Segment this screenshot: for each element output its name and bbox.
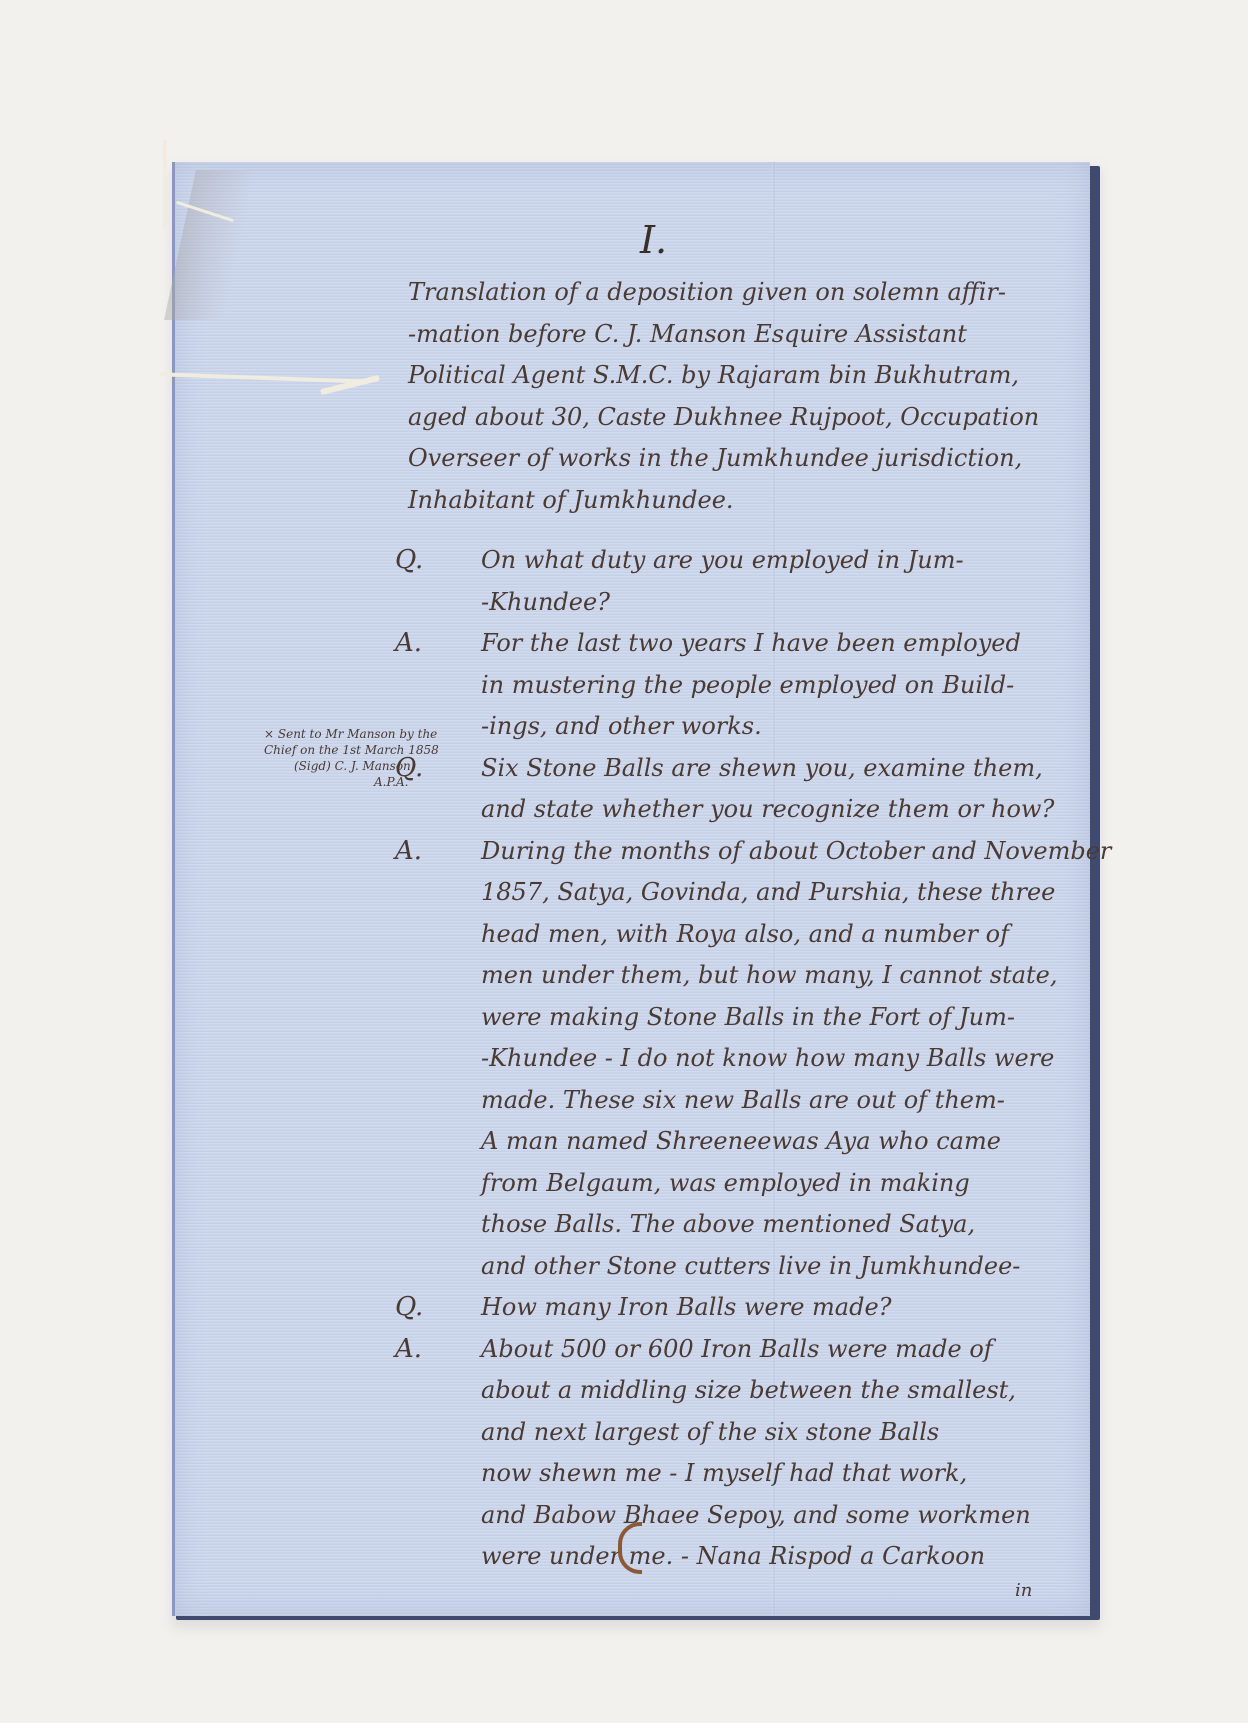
question-text: Six Stone Balls are shewn you, examine t… xyxy=(481,748,1054,831)
text-line: and Babow Bhaee Sepoy, and some workmen xyxy=(481,1495,1031,1537)
question-1: Q. On what duty are you employed in Jum-… xyxy=(395,540,1095,623)
intro-line: Overseer of works in the Jumkhundee juri… xyxy=(408,438,1088,480)
intro-line: -mation before C. J. Manson Esquire Assi… xyxy=(408,314,1088,356)
text-line: men under them, but how many, I cannot s… xyxy=(481,955,1111,997)
intro-line: aged about 30, Caste Dukhnee Rujpoot, Oc… xyxy=(408,397,1088,439)
page-stain xyxy=(164,170,256,320)
margin-note-line: A.P.A. xyxy=(264,774,474,790)
text-line: -Khundee - I do not know how many Balls … xyxy=(481,1038,1111,1080)
spine-edge xyxy=(172,162,175,1616)
answer-text: About 500 or 600 Iron Balls were made of… xyxy=(481,1329,1031,1578)
answer-text: For the last two years I have been emplo… xyxy=(481,623,1021,748)
binding-thread-top xyxy=(163,140,167,230)
text-line: head men, with Roya also, and a number o… xyxy=(481,914,1111,956)
answer-1: A. For the last two years I have been em… xyxy=(395,623,1095,748)
question-text: How many Iron Balls were made? xyxy=(481,1287,892,1329)
text-line: -ings, and other works. xyxy=(481,706,1021,748)
deposition-intro: Translation of a deposition given on sol… xyxy=(408,272,1088,521)
margin-note-line: Chief on the 1st March 1858 xyxy=(264,742,474,758)
intro-line: Inhabitant of Jumkhundee. xyxy=(408,480,1088,522)
page-heading: I. xyxy=(640,218,667,262)
text-line: -Khundee? xyxy=(481,582,964,624)
intro-line: Political Agent S.M.C. by Rajaram bin Bu… xyxy=(408,355,1088,397)
answer-3: A. About 500 or 600 Iron Balls were made… xyxy=(395,1329,1095,1578)
text-line: about a middling size between the smalle… xyxy=(481,1370,1031,1412)
text-line: During the months of about October and N… xyxy=(481,831,1111,873)
question-label: Q. xyxy=(395,1287,481,1329)
text-line: A man named Shreeneewas Aya who came xyxy=(481,1121,1111,1163)
question-answer-block: Q. On what duty are you employed in Jum-… xyxy=(395,540,1095,1578)
question-text: On what duty are you employed in Jum- -K… xyxy=(481,540,964,623)
text-line: About 500 or 600 Iron Balls were made of xyxy=(481,1329,1031,1371)
text-line: made. These six new Balls are out of the… xyxy=(481,1080,1111,1122)
answer-text: During the months of about October and N… xyxy=(481,831,1111,1288)
text-line: For the last two years I have been emplo… xyxy=(481,623,1021,665)
question-3: Q. How many Iron Balls were made? xyxy=(395,1287,1095,1329)
margin-note-line: (Sigd) C. J. Manson xyxy=(264,758,474,774)
answer-label: A. xyxy=(395,1329,481,1578)
margin-note-line: × Sent to Mr Manson by the xyxy=(264,726,474,742)
text-line: were under me. - Nana Rispod a Carkoon xyxy=(481,1536,1031,1578)
text-line: and state whether you recognize them or … xyxy=(481,789,1054,831)
text-line: How many Iron Balls were made? xyxy=(481,1287,892,1329)
text-line: and next largest of the six stone Balls xyxy=(481,1412,1031,1454)
answer-label: A. xyxy=(395,831,481,1288)
text-line: 1857, Satya, Govinda, and Purshia, these… xyxy=(481,872,1111,914)
question-2: Q. Six Stone Balls are shewn you, examin… xyxy=(395,748,1095,831)
answer-2: A. During the months of about October an… xyxy=(395,831,1095,1288)
intro-line: Translation of a deposition given on sol… xyxy=(408,272,1088,314)
text-line: from Belgaum, was employed in making xyxy=(481,1163,1111,1205)
catchword: in xyxy=(1015,1580,1032,1601)
question-label: Q. xyxy=(395,540,481,623)
margin-note: × Sent to Mr Manson by the Chief on the … xyxy=(264,726,474,790)
text-line: those Balls. The above mentioned Satya, xyxy=(481,1204,1111,1246)
text-line: in mustering the people employed on Buil… xyxy=(481,665,1021,707)
text-line: and other Stone cutters live in Jumkhund… xyxy=(481,1246,1111,1288)
text-line: On what duty are you employed in Jum- xyxy=(481,540,964,582)
text-line: now shewn me - I myself had that work, xyxy=(481,1453,1031,1495)
text-line: Six Stone Balls are shewn you, examine t… xyxy=(481,748,1054,790)
text-line: were making Stone Balls in the Fort of J… xyxy=(481,997,1111,1039)
